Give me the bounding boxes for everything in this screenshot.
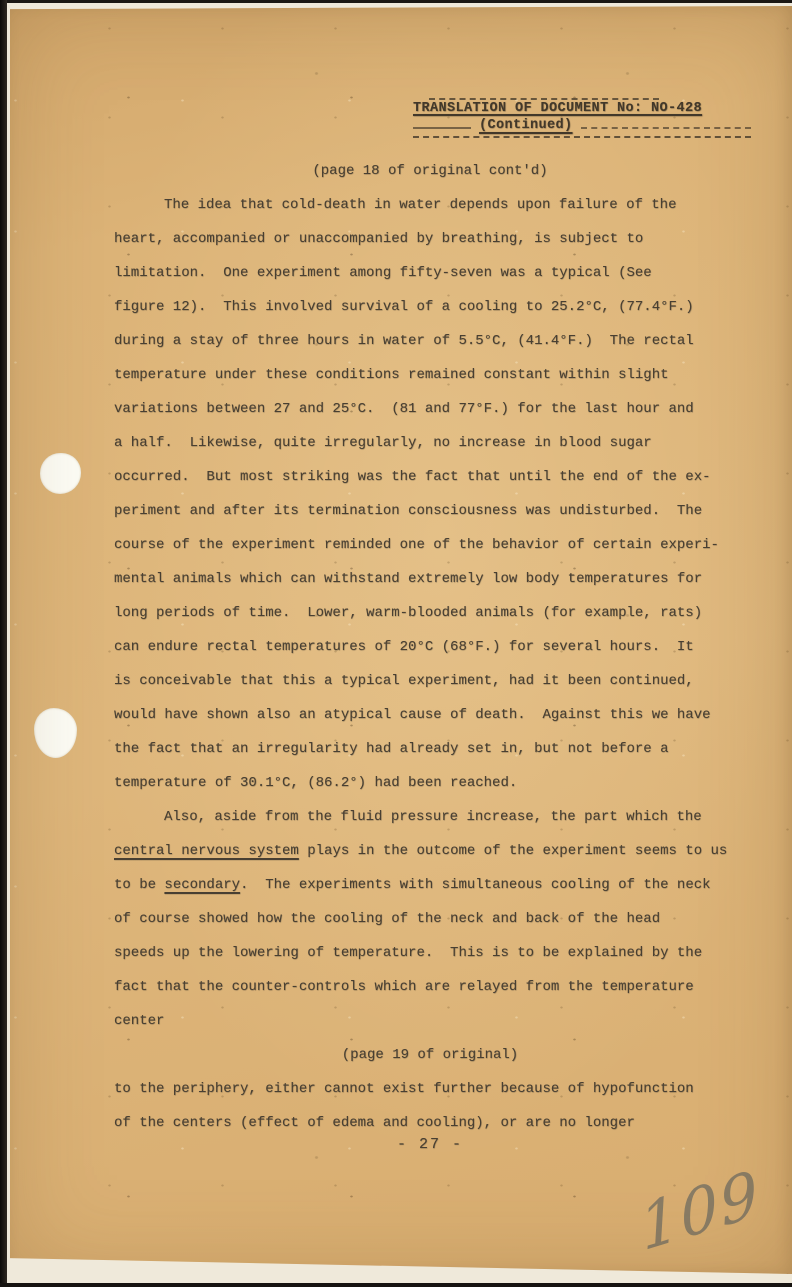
page-number: - 27 -: [114, 1136, 746, 1153]
text-line: central nervous system plays in the outc…: [114, 834, 746, 868]
stamp-continued-row: (Continued): [413, 118, 751, 133]
stamp-title: TRANSLATION OF DOCUMENT No: NO-428: [413, 101, 751, 116]
text-line: mental animals which can withstand extre…: [114, 562, 746, 596]
text-line: during a stay of three hours in water of…: [114, 324, 746, 358]
text-line: long periods of time. Lower, warm-bloode…: [114, 596, 746, 630]
scanned-page: TRANSLATION OF DOCUMENT No: NO-428 (Cont…: [0, 0, 792, 1287]
text-line: speeds up the lowering of temperature. T…: [114, 936, 746, 970]
text-line: of the centers (effect of edema and cool…: [114, 1106, 746, 1140]
document-text: (page 18 of original cont'd) The idea th…: [114, 154, 746, 1140]
text-line: course of the experiment reminded one of…: [114, 528, 746, 562]
text-line: to be secondary. The experiments with si…: [114, 868, 746, 902]
text-line: temperature of 30.1°C, (86.2°) had been …: [114, 766, 746, 800]
text-line: occurred. But most striking was the fact…: [114, 460, 746, 494]
document-page: TRANSLATION OF DOCUMENT No: NO-428 (Cont…: [10, 6, 792, 1274]
punch-hole: [40, 453, 81, 494]
text-line: variations between 27 and 25°C. (81 and …: [114, 392, 746, 426]
document-stamp: TRANSLATION OF DOCUMENT No: NO-428 (Cont…: [413, 98, 751, 138]
body-text: The idea that cold-death in water depend…: [114, 188, 746, 1140]
stamp-rule-right: [581, 127, 751, 129]
text-line: heart, accompanied or unaccompanied by b…: [114, 222, 746, 256]
scan-edge-bottom: [0, 1283, 792, 1287]
stamp-rule-left: [413, 127, 471, 129]
text-line: the fact that an irregularity had alread…: [114, 732, 746, 766]
text-line: The idea that cold-death in water depend…: [114, 188, 746, 222]
text-line: would have shown also an atypical cause …: [114, 698, 746, 732]
text-line: center: [114, 1004, 746, 1038]
text-line: to the periphery, either cannot exist fu…: [114, 1072, 746, 1106]
text-line: (page 19 of original): [114, 1038, 746, 1072]
scan-edge-left: [0, 0, 7, 1287]
scan-edge-top: [0, 0, 792, 3]
text-line: periment and after its termination consc…: [114, 494, 746, 528]
stamp-continued-label: (Continued): [471, 118, 581, 133]
text-line: Also, aside from the fluid pressure incr…: [114, 800, 746, 834]
text-line: is conceivable that this a typical exper…: [114, 664, 746, 698]
text-line: temperature under these conditions remai…: [114, 358, 746, 392]
text-line: limitation. One experiment among fifty-s…: [114, 256, 746, 290]
stamp-dashed-overline: [429, 98, 659, 100]
text-line: fact that the counter-controls which are…: [114, 970, 746, 1004]
text-line: figure 12). This involved survival of a …: [114, 290, 746, 324]
page-reference-heading: (page 18 of original cont'd): [114, 154, 746, 188]
stamp-dashed-underline: [413, 136, 751, 138]
text-line: of course showed how the cooling of the …: [114, 902, 746, 936]
text-line: a half. Likewise, quite irregularly, no …: [114, 426, 746, 460]
punch-hole: [34, 708, 77, 758]
handwritten-page-number: 109: [636, 1156, 764, 1266]
text-line: can endure rectal temperatures of 20°C (…: [114, 630, 746, 664]
